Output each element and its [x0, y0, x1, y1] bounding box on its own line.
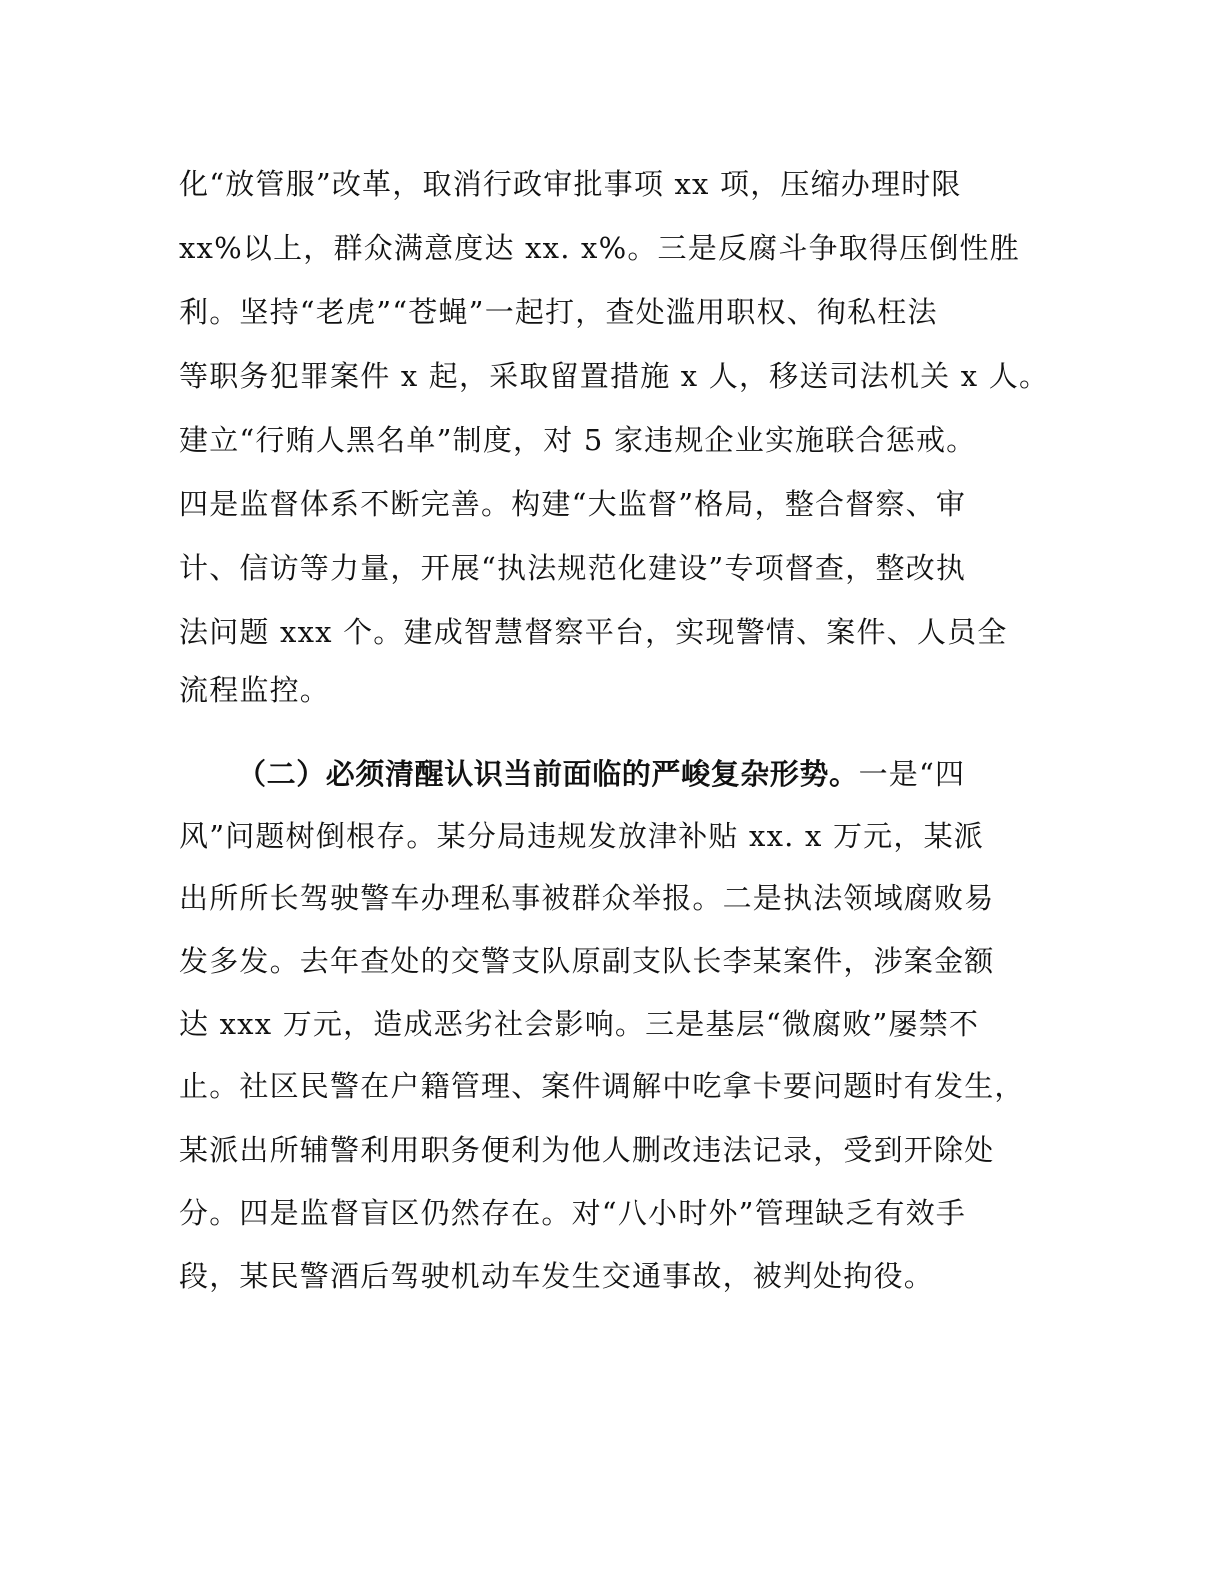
text-line: 化“放管服”改革，取消行政审批事项 xx 项，压缩办理时限 — [179, 164, 962, 204]
text-line: 计、信访等力量，开展“执法规范化建设”专项督查，整改执 — [179, 548, 966, 588]
text-line: 某派出所辅警利用职务便利为他人删改违法记录，受到开除处 — [179, 1130, 994, 1170]
text-line: xx%以上，群众满意度达 xx. x%。三是反腐斗争取得压倒性胜 — [179, 228, 1020, 268]
text-line: 出所所长驾驶警车办理私事被群众举报。二是执法领域腐败易 — [179, 878, 994, 918]
text-line: 分。四是监督盲区仍然存在。对“八小时外”管理缺乏有效手 — [179, 1193, 966, 1233]
text-line: 利。坚持“老虎”“苍蝇”一起打，查处滥用职权、徇私枉法 — [179, 292, 938, 332]
text-line: 法问题 xxx 个。建成智慧督察平台，实现警情、案件、人员全 — [179, 612, 1008, 652]
section-heading-line: （二）必须清醒认识当前面临的严峻复杂形势。一是“四 — [237, 754, 965, 794]
text-line: 建立“行贿人黑名单”制度，对 5 家违规企业实施联合惩戒。 — [179, 420, 976, 460]
text-line: 四是监督体系不断完善。构建“大监督”格局，整合督察、审 — [179, 484, 966, 524]
section-heading: （二）必须清醒认识当前面临的严峻复杂形势。 — [237, 757, 859, 791]
text-line: 段，某民警酒后驾驶机动车发生交通事故，被判处拘役。 — [179, 1256, 934, 1296]
text-fragment: 一是“四 — [859, 757, 966, 791]
text-line: 止。社区民警在户籍管理、案件调解中吃拿卡要问题时有发生， — [179, 1066, 1025, 1106]
text-line: 等职务犯罪案件 x 起，采取留置措施 x 人，移送司法机关 x 人。 — [179, 356, 1049, 396]
text-line: 达 xxx 万元，造成恶劣社会影响。三是基层“微腐败”屡禁不 — [179, 1004, 979, 1044]
document-page: 化“放管服”改革，取消行政审批事项 xx 项，压缩办理时限 xx%以上，群众满意… — [0, 0, 1224, 1584]
text-line: 流程监控。 — [179, 670, 330, 710]
text-line: 发多发。去年查处的交警支队原副支队长李某案件，涉案金额 — [179, 941, 994, 981]
text-line: 风”问题树倒根存。某分局违规发放津补贴 xx. x 万元，某派 — [179, 816, 984, 856]
